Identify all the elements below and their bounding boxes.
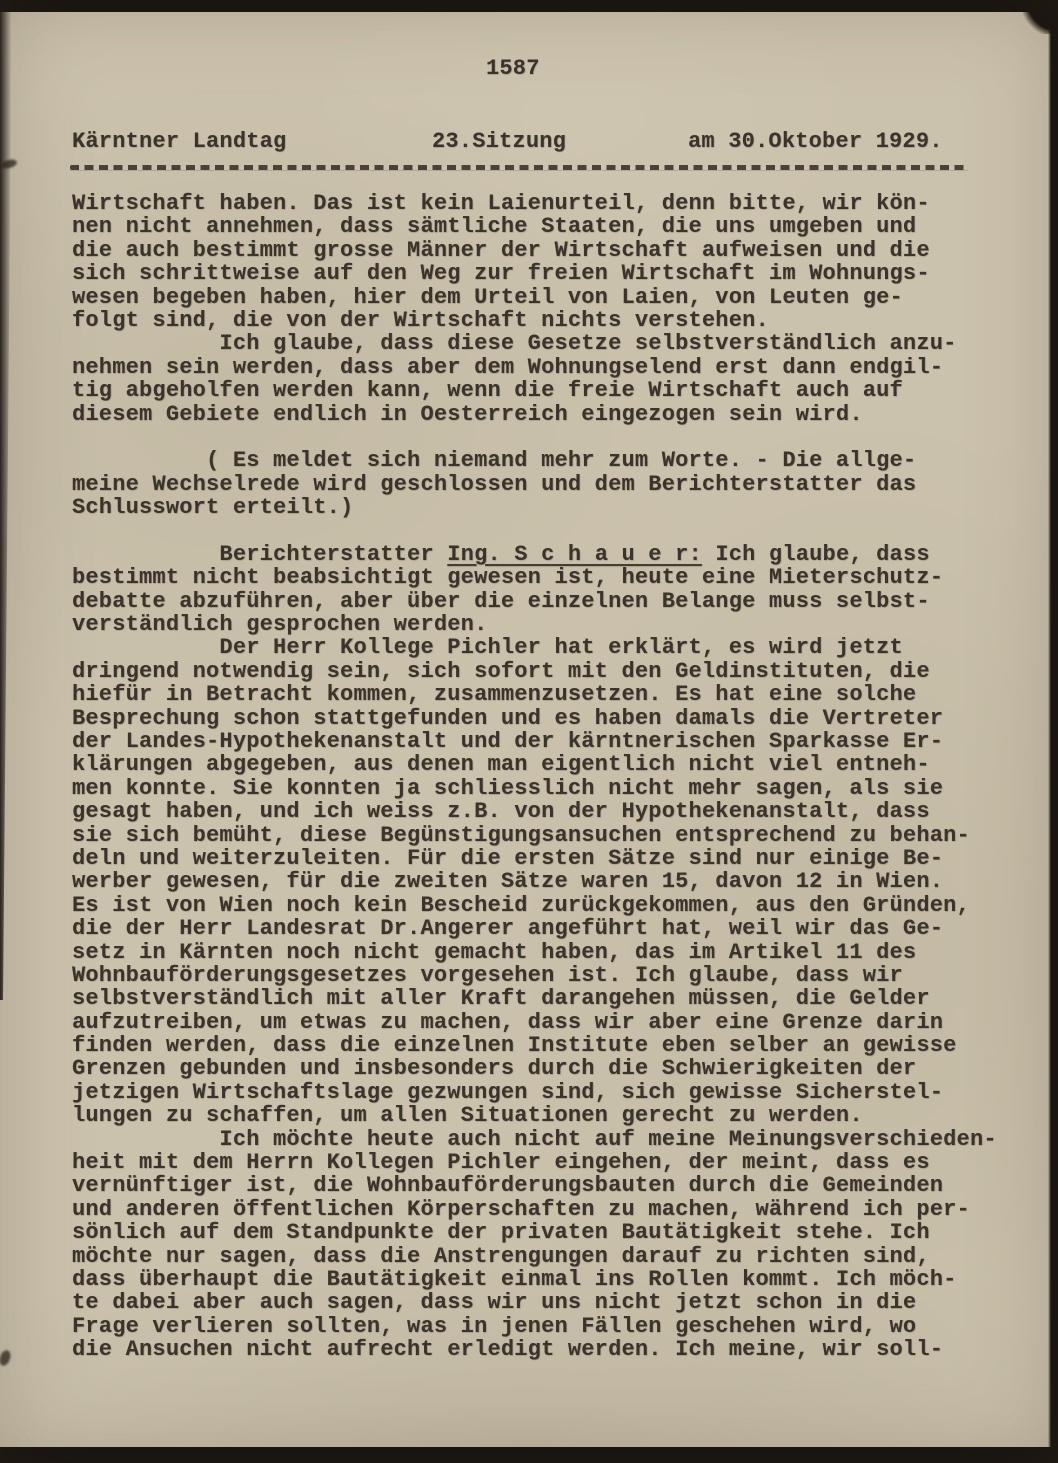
text-line: bestimmt nicht beabsichtigt gewesen ist,… bbox=[72, 566, 1012, 589]
text-line: Grenzen gebunden und insbesonders durch … bbox=[72, 1057, 1012, 1080]
text-line: ( Es meldet sich niemand mehr zum Worte.… bbox=[72, 449, 1012, 472]
text-line: sich schrittweise auf den Weg zur freien… bbox=[72, 262, 1012, 285]
text-line: tig abgeholfen werden kann, wenn die fre… bbox=[72, 379, 1012, 402]
header-session-number: 23.Sitzung bbox=[432, 130, 566, 153]
text-line: werber gewesen, für die zweiten Sätze wa… bbox=[72, 870, 1012, 893]
text-line: men konnte. Sie konnten ja schliesslich … bbox=[72, 777, 1012, 800]
text-line: sönlich auf dem Standpunkte der privaten… bbox=[72, 1221, 1012, 1244]
scan-edge-right bbox=[1048, 0, 1058, 1463]
header-session-date: am 30.Oktober 1929. bbox=[688, 130, 943, 153]
text-line: wesen begeben haben, hier dem Urteil von… bbox=[72, 286, 1012, 309]
header-institution: Kärntner Landtag bbox=[72, 130, 286, 153]
text-line: diesem Gebiete endlich in Oesterreich ei… bbox=[72, 403, 1012, 426]
text-line: Der Herr Kollege Pichler hat erklärt, es… bbox=[72, 636, 1012, 659]
text-line: folgt sind, die von der Wirtschaft nicht… bbox=[72, 309, 1012, 332]
text-line: die Ansuchen nicht aufrecht erledigt wer… bbox=[72, 1338, 1012, 1361]
text-line: die der Herr Landesrat Dr.Angerer angefü… bbox=[72, 917, 1012, 940]
text-line: heit mit dem Herrn Kollegen Pichler eing… bbox=[72, 1151, 1012, 1174]
text-line: meine Wechselrede wird geschlossen und d… bbox=[72, 473, 1012, 496]
text-line: aufzutreiben, um etwas zu machen, dass w… bbox=[72, 1011, 1012, 1034]
text-line: Berichterstatter Ing. S c h a u e r: Ich… bbox=[72, 543, 1012, 566]
text-line: debatte abzuführen, aber über die einzel… bbox=[72, 590, 1012, 613]
scan-edge-left bbox=[0, 0, 12, 1000]
paragraph: Ich möchte heute auch nicht auf meine Me… bbox=[72, 1128, 1012, 1362]
text-line: dringend notwendig sein, sich sofort mit… bbox=[72, 660, 1012, 683]
body-text: Wirtschaft haben. Das ist kein Laienurte… bbox=[72, 192, 1012, 1362]
text-line: Wohnbauförderungsgesetzes vorgesehen ist… bbox=[72, 964, 1012, 987]
paragraph: Ich glaube, dass diese Gesetze selbstver… bbox=[72, 332, 1012, 426]
text-line: te dabei aber auch sagen, dass wir uns n… bbox=[72, 1291, 1012, 1314]
scan-edge-top bbox=[0, 0, 1058, 12]
text-line: jetzigen Wirtschaftslage gezwungen sind,… bbox=[72, 1081, 1012, 1104]
text-line: Ich glaube, dass diese Gesetze selbstver… bbox=[72, 332, 1012, 355]
paragraph: Berichterstatter Ing. S c h a u e r: Ich… bbox=[72, 543, 1012, 637]
text-line: nen nicht annehmen, dass sämtliche Staat… bbox=[72, 215, 1012, 238]
text-line: Schlusswort erteilt.) bbox=[72, 496, 1012, 519]
dashed-divider bbox=[70, 165, 968, 170]
text-line: lungen zu schaffen, um allen Situationen… bbox=[72, 1104, 1012, 1127]
text-line: Frage verlieren sollten, was in jenen Fä… bbox=[72, 1315, 1012, 1338]
text-line: Besprechung schon stattgefunden und es h… bbox=[72, 707, 1012, 730]
scan-edge-corner bbox=[1020, 0, 1058, 34]
text-line: finden werden, dass die einzelnen Instit… bbox=[72, 1034, 1012, 1057]
text-line: möchte nur sagen, dass die Anstrengungen… bbox=[72, 1245, 1012, 1268]
text-line: Es ist von Wien noch kein Bescheid zurüc… bbox=[72, 894, 1012, 917]
text-line: hiefür in Betracht kommen, zusammenzuset… bbox=[72, 683, 1012, 706]
text-line: selbstverständlich mit aller Kraft daran… bbox=[72, 987, 1012, 1010]
text-line: dass überhaupt die Bautätigkeit einmal i… bbox=[72, 1268, 1012, 1291]
text-line: Wirtschaft haben. Das ist kein Laienurte… bbox=[72, 192, 1012, 215]
text-line: gesagt haben, und ich weiss z.B. von der… bbox=[72, 800, 1012, 823]
text-line: sie sich bemüht, diese Begünstigungsansu… bbox=[72, 824, 1012, 847]
ink-smudge bbox=[0, 1349, 12, 1367]
paragraph: Wirtschaft haben. Das ist kein Laienurte… bbox=[72, 192, 1012, 332]
text-line: und anderen öffentlichen Körperschaften … bbox=[72, 1198, 1012, 1221]
text-line: vernünftiger ist, die Wohnbauförderungsb… bbox=[72, 1174, 1012, 1197]
text-line: verständlich gesprochen werden. bbox=[72, 613, 1012, 636]
scan-edge-bottom bbox=[0, 1447, 1058, 1463]
text-line: Ich möchte heute auch nicht auf meine Me… bbox=[72, 1128, 1012, 1151]
paragraph: ( Es meldet sich niemand mehr zum Worte.… bbox=[72, 449, 1012, 519]
text-line: deln und weiterzuleiten. Für die ersten … bbox=[72, 847, 1012, 870]
text-line: setz in Kärnten noch nicht gemacht haben… bbox=[72, 941, 1012, 964]
text-line: nehmen sein werden, dass aber dem Wohnun… bbox=[72, 356, 1012, 379]
scanned-document-page: 1587 Kärntner Landtag 23.Sitzung am 30.O… bbox=[0, 0, 1058, 1463]
text-line: der Landes-Hypothekenanstalt und der kär… bbox=[72, 730, 1012, 753]
paragraph: Der Herr Kollege Pichler hat erklärt, es… bbox=[72, 636, 1012, 1127]
page-number: 1587 bbox=[486, 57, 540, 80]
speaker-name: Ing. S c h a u e r: bbox=[447, 542, 702, 567]
text-line: die auch bestimmt grosse Männer der Wirt… bbox=[72, 239, 1012, 262]
text-line: klärungen abgegeben, aus denen man eigen… bbox=[72, 753, 1012, 776]
